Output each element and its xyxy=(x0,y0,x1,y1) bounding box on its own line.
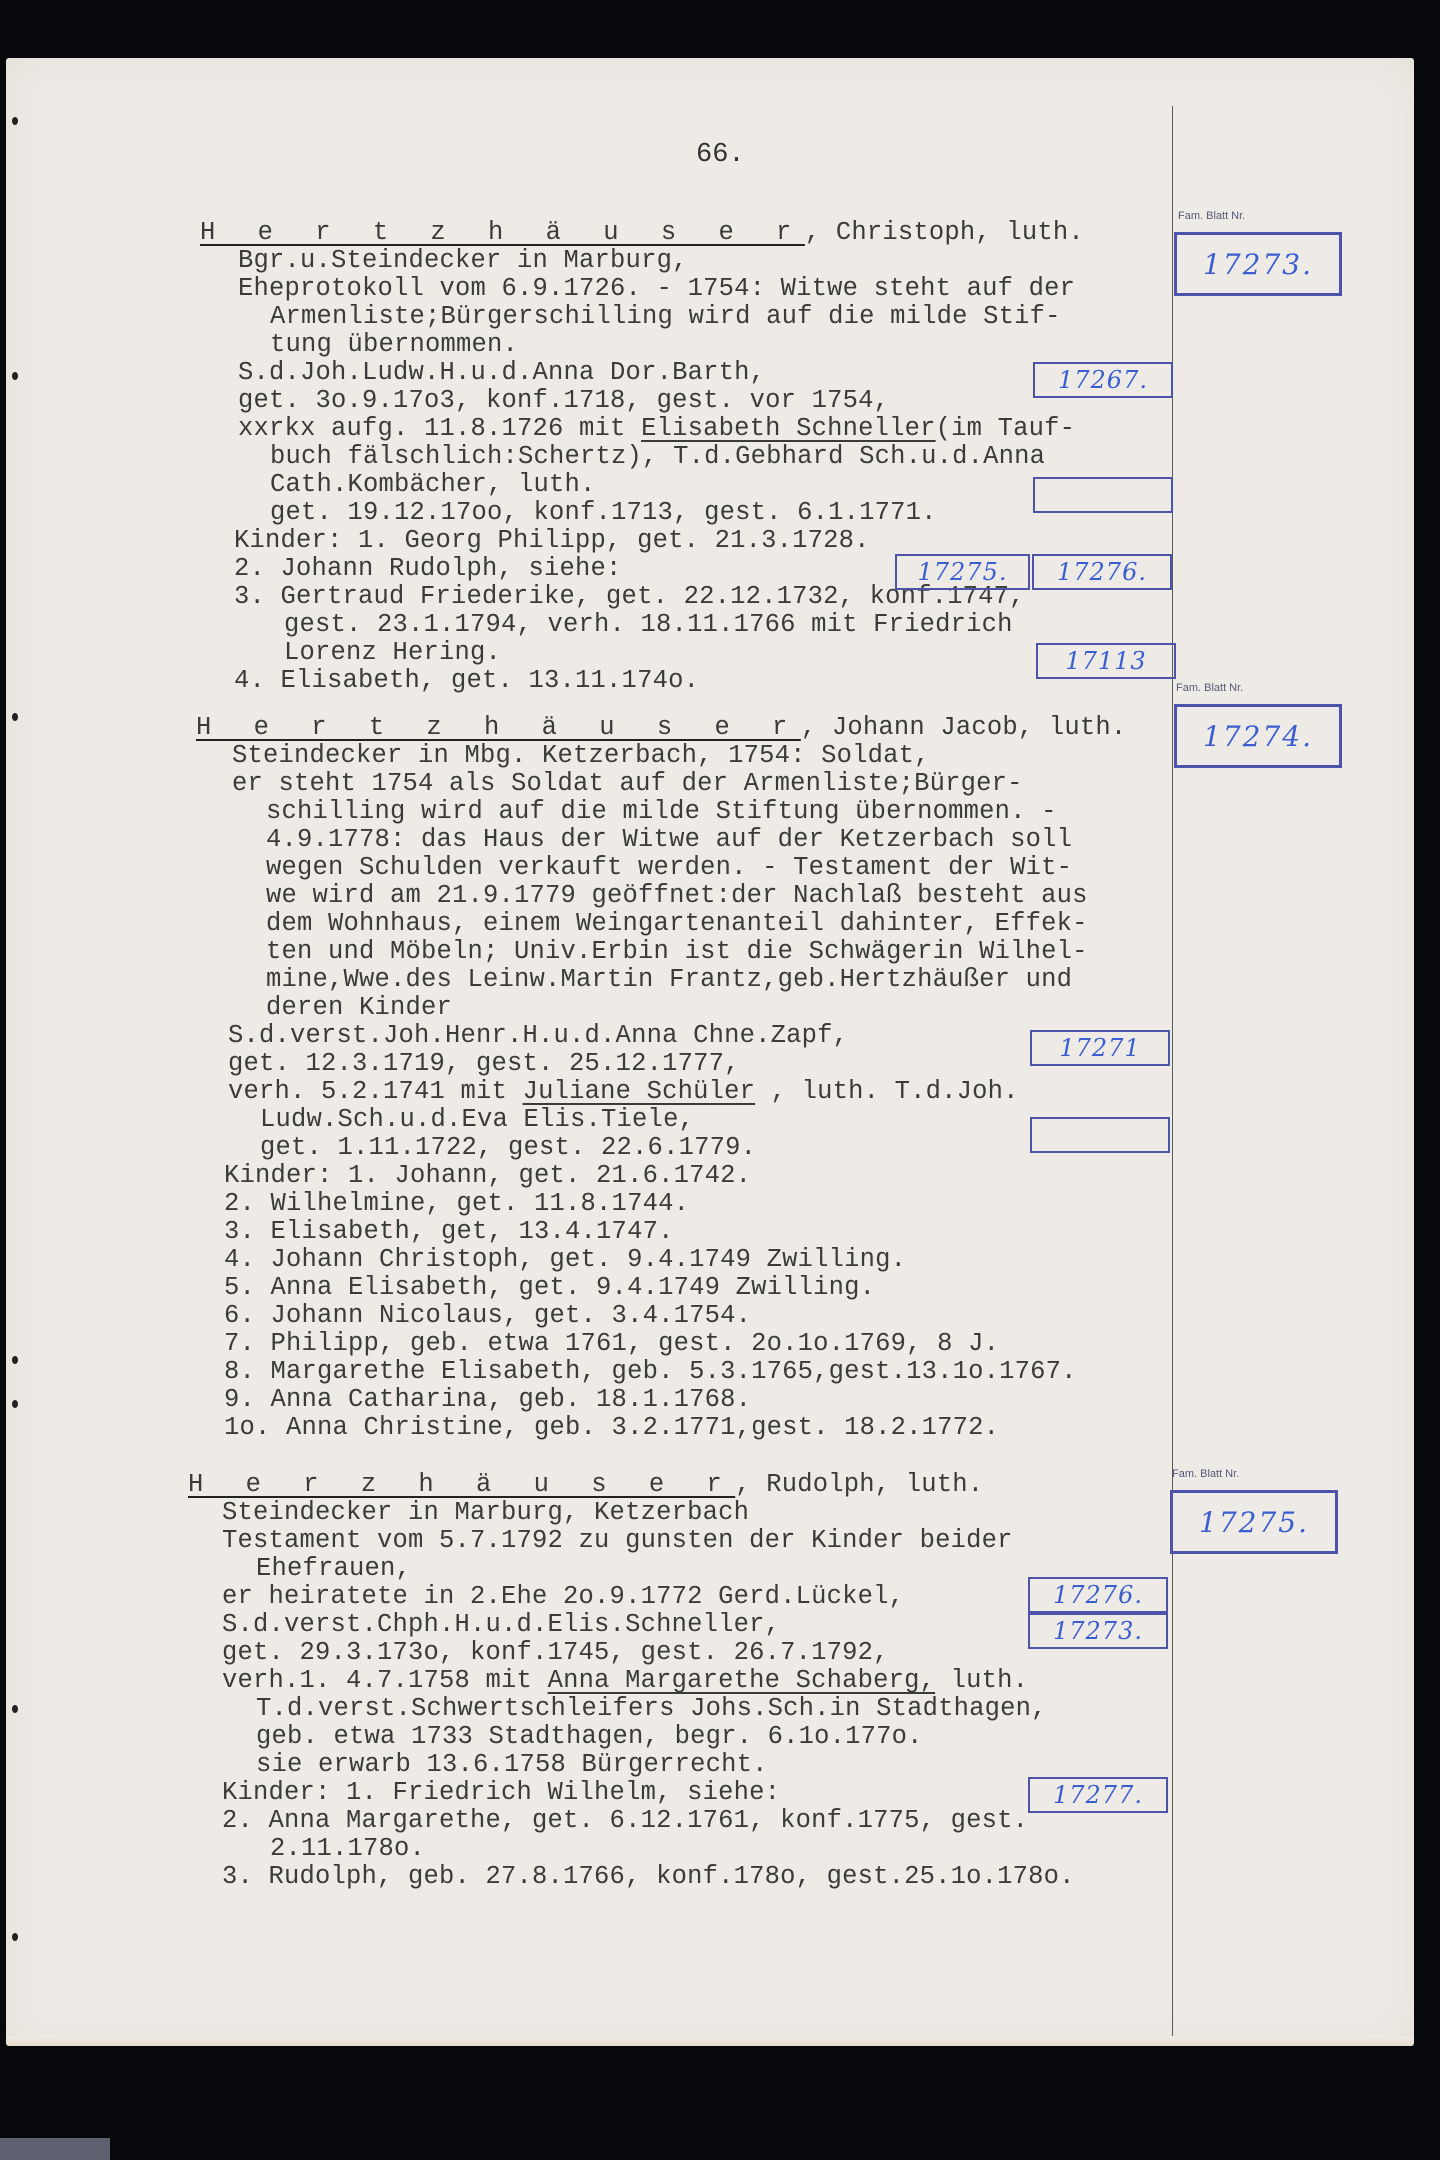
text-line: tung übernommen. xyxy=(270,330,518,359)
text-span: luth. xyxy=(935,1666,1028,1695)
text-span: verh. 5.2.1741 mit xyxy=(228,1077,523,1106)
scanner-edge xyxy=(0,2138,110,2160)
spouse-name: Juliane Schüler xyxy=(523,1077,756,1106)
text-line: 6. Johann Nicolaus, get. 3.4.1754. xyxy=(224,1301,751,1330)
text-span: (im Tauf- xyxy=(936,414,1076,443)
family-sheet-stamp: 17274. xyxy=(1174,704,1342,768)
text-line: get. 19.12.17oo, konf.1713, gest. 6.1.17… xyxy=(270,498,937,527)
reference-box: 17273. xyxy=(1028,1613,1168,1649)
text-line: S.d.verst.Chph.H.u.d.Elis.Schneller, xyxy=(222,1610,780,1639)
text-line: 5. Anna Elisabeth, get. 9.4.1749 Zwillin… xyxy=(224,1273,875,1302)
text-line: schilling wird auf die milde Stiftung üb… xyxy=(266,797,1057,826)
text-line: T.d.verst.Schwertschleifers Johs.Sch.in … xyxy=(256,1694,1047,1723)
text-line: get. 29.3.173o, konf.1745, gest. 26.7.17… xyxy=(222,1638,889,1667)
surname: H e r z h ä u s e r xyxy=(188,1470,735,1499)
reference-box: 17276. xyxy=(1032,554,1172,590)
text-line: 1o. Anna Christine, geb. 3.2.1771,gest. … xyxy=(224,1413,999,1442)
punch-mark xyxy=(12,372,18,380)
text-line: 3. Elisabeth, get, 13.4.1747. xyxy=(224,1217,674,1246)
text-span: , luth. T.d.Joh. xyxy=(755,1077,1019,1106)
reference-box-empty xyxy=(1033,477,1173,513)
entry-header: H e r t z h ä u s e r, Christoph, luth. xyxy=(200,218,1084,247)
text-line: we wird am 21.9.1779 geöffnet:der Nachla… xyxy=(266,881,1088,910)
text-line: 4. Johann Christoph, get. 9.4.1749 Zwill… xyxy=(224,1245,906,1274)
punch-mark xyxy=(12,713,18,721)
text-line: 2. Anna Margarethe, get. 6.12.1761, konf… xyxy=(222,1806,1028,1835)
spouse-name: Elisabeth Schneller xyxy=(641,414,936,443)
text-line: Cath.Kombächer, luth. xyxy=(270,470,596,499)
text-line: 7. Philipp, geb. etwa 1761, gest. 2o.1o.… xyxy=(224,1329,999,1358)
family-sheet-stamp: 17273. xyxy=(1174,232,1342,296)
text-line: buch fälschlich:Schertz), T.d.Gebhard Sc… xyxy=(270,442,1045,471)
text-line: ten und Möbeln; Univ.Erbin ist die Schwä… xyxy=(266,937,1088,966)
reference-box: 17277. xyxy=(1028,1777,1168,1813)
stamp-label: Fam. Blatt Nr. xyxy=(1178,210,1245,222)
text-line: Armenliste;Bürgerschilling wird auf die … xyxy=(270,302,1061,331)
entry-header: H e r t z h ä u s e r, Johann Jacob, lut… xyxy=(196,713,1126,742)
text-line: get. 3o.9.17o3, konf.1718, gest. vor 175… xyxy=(238,386,889,415)
text-line: Kinder: 1. Friedrich Wilhelm, siehe: xyxy=(222,1778,780,1807)
text-line: 2.11.178o. xyxy=(270,1834,425,1863)
stamp-label: Fam. Blatt Nr. xyxy=(1176,682,1243,694)
text-line: Testament vom 5.7.1792 zu gunsten der Ki… xyxy=(222,1526,1013,1555)
text-line: Steindecker in Mbg. Ketzerbach, 1754: So… xyxy=(232,741,930,770)
text-line: Eheprotokoll vom 6.9.1726. - 1754: Witwe… xyxy=(238,274,1075,303)
text-line: xxrkx aufg. 11.8.1726 mit Elisabeth Schn… xyxy=(238,414,1075,443)
text-line: Ehefrauen, xyxy=(256,1554,411,1583)
reference-box: 17275. xyxy=(895,554,1030,590)
text-line: Kinder: 1. Johann, get. 21.6.1742. xyxy=(224,1161,751,1190)
text-line: Lorenz Hering. xyxy=(284,638,501,667)
text-line: 2. Wilhelmine, get. 11.8.1744. xyxy=(224,1189,689,1218)
given-name: , Christoph, luth. xyxy=(805,218,1084,247)
text-line: dem Wohnhaus, einem Weingartenanteil dah… xyxy=(266,909,1088,938)
text-line: verh.1. 4.7.1758 mit Anna Margarethe Sch… xyxy=(222,1666,1028,1695)
text-line: er heiratete in 2.Ehe 2o.9.1772 Gerd.Lüc… xyxy=(222,1582,904,1611)
text-line: mine,Wwe.des Leinw.Martin Frantz,geb.Her… xyxy=(266,965,1072,994)
family-sheet-stamp: 17275. xyxy=(1170,1490,1338,1554)
text-line: 4. Elisabeth, get. 13.11.174o. xyxy=(234,666,699,695)
punch-mark xyxy=(12,1356,18,1364)
text-line: 8. Margarethe Elisabeth, geb. 5.3.1765,g… xyxy=(224,1357,1077,1386)
text-line: deren Kinder xyxy=(266,993,452,1022)
reference-box: 17276. xyxy=(1028,1577,1168,1613)
surname: H e r t z h ä u s e r xyxy=(196,713,801,742)
given-name: , Rudolph, luth. xyxy=(735,1470,983,1499)
reference-box-empty xyxy=(1030,1117,1170,1153)
given-name: , Johann Jacob, luth. xyxy=(801,713,1127,742)
punch-mark xyxy=(12,1400,18,1408)
page-number: 66. xyxy=(696,140,745,170)
text-line: Bgr.u.Steindecker in Marburg, xyxy=(238,246,688,275)
text-line: geb. etwa 1733 Stadthagen, begr. 6.1o.17… xyxy=(256,1722,923,1751)
reference-box: 17267. xyxy=(1033,362,1173,398)
stamp-label: Fam. Blatt Nr. xyxy=(1172,1468,1239,1480)
text-line: get. 1.11.1722, gest. 22.6.1779. xyxy=(260,1133,756,1162)
spouse-name: Anna Margarethe Schaberg, xyxy=(548,1666,936,1695)
text-line: Kinder: 1. Georg Philipp, get. 21.3.1728… xyxy=(234,526,870,555)
text-line: 4.9.1778: das Haus der Witwe auf der Ket… xyxy=(266,825,1072,854)
reference-box: 17271 xyxy=(1030,1030,1170,1066)
punch-mark xyxy=(12,1933,18,1941)
text-span: verh.1. 4.7.1758 mit xyxy=(222,1666,548,1695)
text-line: S.d.verst.Joh.Henr.H.u.d.Anna Chne.Zapf, xyxy=(228,1021,848,1050)
text-line: er steht 1754 als Soldat auf der Armenli… xyxy=(232,769,1023,798)
text-line: Steindecker in Marburg, Ketzerbach xyxy=(222,1498,749,1527)
text-line: 3. Rudolph, geb. 27.8.1766, konf.178o, g… xyxy=(222,1862,1075,1891)
text-line: Ludw.Sch.u.d.Eva Elis.Tiele, xyxy=(260,1105,694,1134)
text-line: sie erwarb 13.6.1758 Bürgerrecht. xyxy=(256,1750,768,1779)
text-line: wegen Schulden verkauft werden. - Testam… xyxy=(266,853,1072,882)
reference-box: 17113 xyxy=(1036,643,1176,679)
text-span: xxrkx aufg. 11.8.1726 mit xyxy=(238,414,641,443)
punch-mark xyxy=(12,117,18,125)
surname: H e r t z h ä u s e r xyxy=(200,218,805,247)
text-line: verh. 5.2.1741 mit Juliane Schüler , lut… xyxy=(228,1077,1019,1106)
text-line: 9. Anna Catharina, geb. 18.1.1768. xyxy=(224,1385,751,1414)
text-line: 2. Johann Rudolph, siehe: xyxy=(234,554,622,583)
text-line: get. 12.3.1719, gest. 25.12.1777, xyxy=(228,1049,740,1078)
text-line: gest. 23.1.1794, verh. 18.11.1766 mit Fr… xyxy=(284,610,1013,639)
punch-mark xyxy=(12,1705,18,1713)
text-line: S.d.Joh.Ludw.H.u.d.Anna Dor.Barth, xyxy=(238,358,765,387)
entry-header: H e r z h ä u s e r, Rudolph, luth. xyxy=(188,1470,983,1499)
